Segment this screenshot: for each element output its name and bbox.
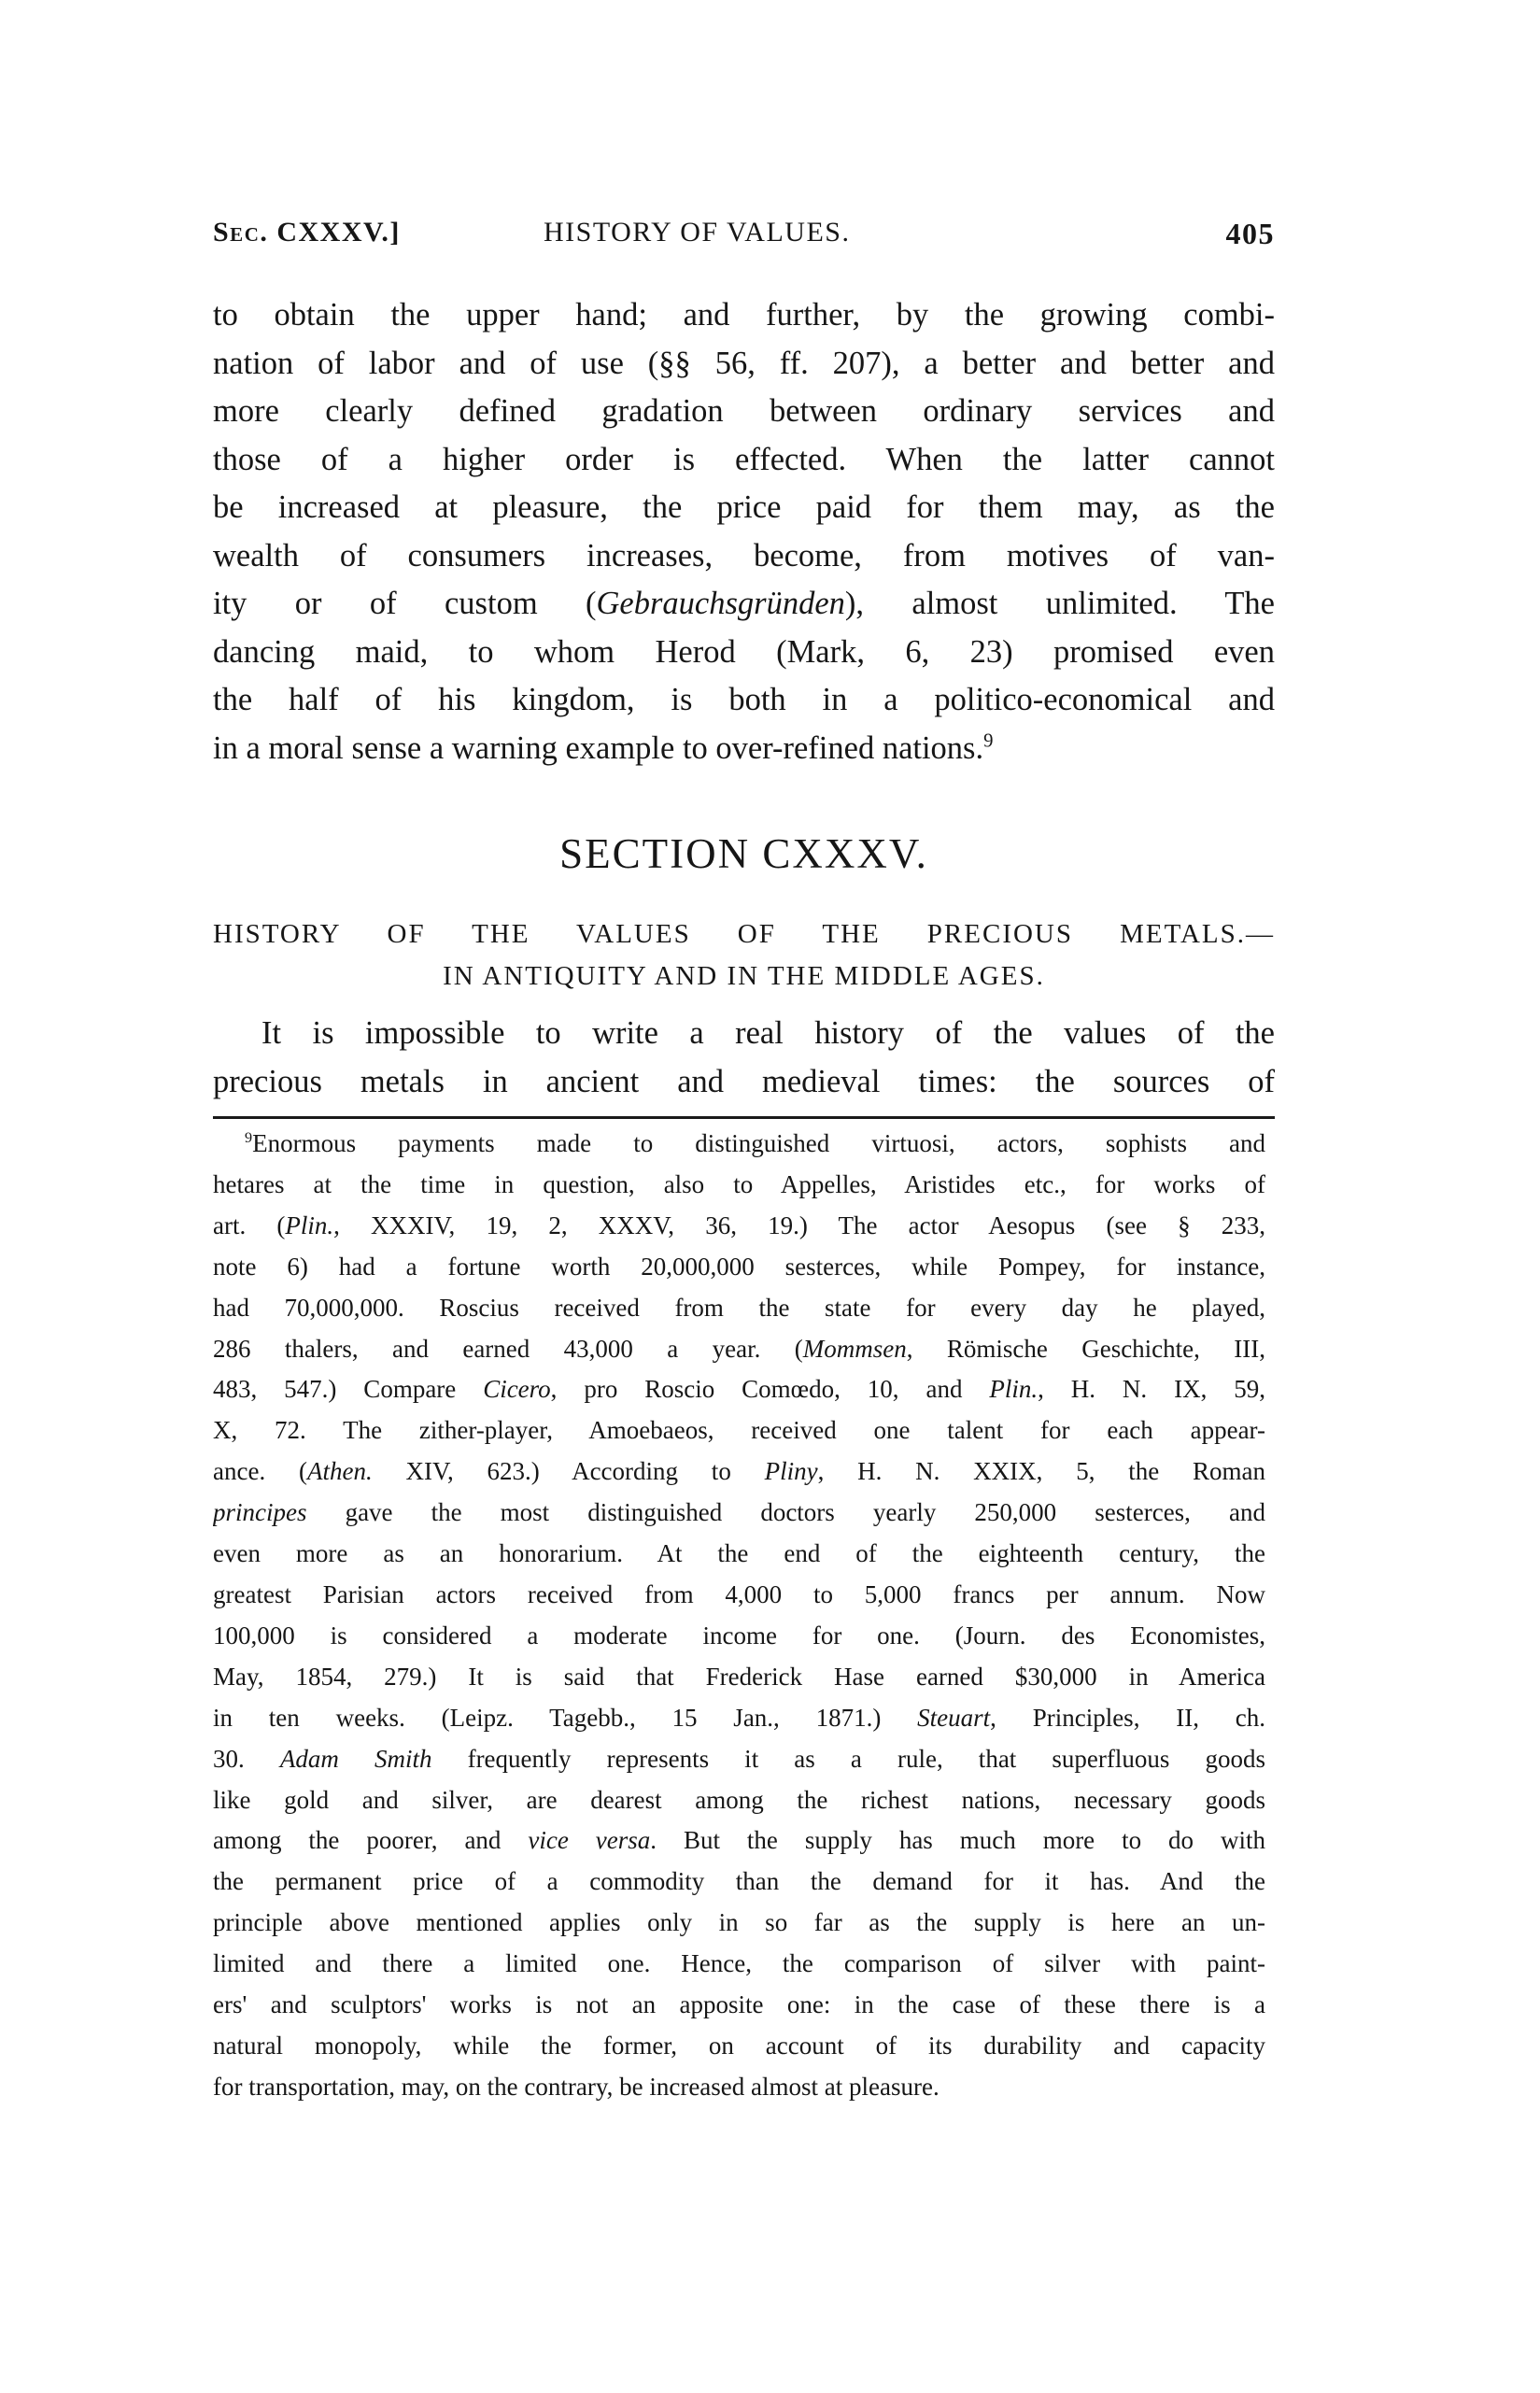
body-line: ity or of custom (Gebrauchsgründen), alm… — [213, 580, 1275, 629]
footnote-line-first: 9Enormous payments made to distinguished… — [213, 1124, 1265, 1165]
footnote-line: even more as an honorarium. At the end o… — [213, 1534, 1265, 1575]
body-line: be increased at pleasure, the price paid… — [213, 484, 1275, 532]
footnote-line: X, 72. The zither-player, Amoebaeos, rec… — [213, 1410, 1265, 1451]
running-head-title: HISTORY OF VALUES. — [544, 217, 850, 248]
footnote-line: note 6) had a fortune worth 20,000,000 s… — [213, 1247, 1265, 1288]
footnote-number: 9 — [245, 1129, 252, 1146]
body-line: the half of his kingdom, is both in a po… — [213, 676, 1275, 725]
page-number: 405 — [1226, 217, 1276, 251]
footnote-reference[interactable]: 9 — [983, 730, 993, 751]
footnote-line-last: for transportation, may, on the contrary… — [213, 2067, 1265, 2108]
footnote-line-text: Enormous payments made to distinguished … — [252, 1129, 1265, 1157]
footnote-line: 483, 547.) Compare Cicero, pro Roscio Co… — [213, 1369, 1265, 1410]
section-body-line: precious metals in ancient and medieval … — [213, 1057, 1275, 1106]
footnote-line: 286 thalers, and earned 43,000 a year. (… — [213, 1329, 1265, 1370]
body-line: wealth of consumers increases, become, f… — [213, 532, 1275, 581]
section-paragraph: It is impossible to write a real history… — [213, 1009, 1275, 1106]
footnote-line: principle above mentioned applies only i… — [213, 1903, 1265, 1944]
footnote-line: like gold and silver, are dearest among … — [213, 1780, 1265, 1821]
footnote-line: May, 1854, 279.) It is said that Frederi… — [213, 1657, 1265, 1698]
body-line: to obtain the upper hand; and further, b… — [213, 291, 1275, 340]
footnote-divider — [213, 1116, 1275, 1119]
running-head: Sec. CXXXV.] HISTORY OF VALUES. 405 — [213, 217, 1275, 254]
subheading-line-1: HISTORY OF THE VALUES OF THE PRECIOUS ME… — [213, 913, 1275, 956]
body-line-text: in a moral sense a warning example to ov… — [213, 730, 983, 766]
footnote-line: natural monopoly, while the former, on a… — [213, 2026, 1265, 2067]
footnote-line: greatest Parisian actors received from 4… — [213, 1575, 1265, 1616]
running-head-section: Sec. CXXXV.] — [213, 217, 401, 248]
body-line-last: in a moral sense a warning example to ov… — [213, 725, 1275, 773]
footnote-line: among the poorer, and vice versa. But th… — [213, 1820, 1265, 1862]
footnote-line: principes gave the most distinguished do… — [213, 1493, 1265, 1534]
section-body-line: It is impossible to write a real history… — [213, 1009, 1275, 1057]
footnote-line: ance. (Athen. XIV, 623.) According to Pl… — [213, 1451, 1265, 1493]
footnote-line: had 70,000,000. Roscius received from th… — [213, 1288, 1265, 1329]
footnote: 9Enormous payments made to distinguished… — [213, 1124, 1265, 2108]
footnote-line: 30. Adam Smith frequently represents it … — [213, 1739, 1265, 1780]
footnote-line: ers' and sculptors' works is not an appo… — [213, 1985, 1265, 2026]
footnote-line: art. (Plin., XXXIV, 19, 2, XXXV, 36, 19.… — [213, 1206, 1265, 1247]
footnote-line: limited and there a limited one. Hence, … — [213, 1944, 1265, 1985]
body-paragraph: to obtain the upper hand; and further, b… — [213, 291, 1275, 772]
footnote-line: 100,000 is considered a moderate income … — [213, 1616, 1265, 1657]
body-line: those of a higher order is effected. Whe… — [213, 436, 1275, 485]
subheading-line-2: IN ANTIQUITY AND IN THE MIDDLE AGES. — [213, 956, 1275, 998]
section-subheading: HISTORY OF THE VALUES OF THE PRECIOUS ME… — [213, 913, 1275, 998]
footnote-line: the permanent price of a commodity than … — [213, 1862, 1265, 1903]
footnote-line: in ten weeks. (Leipz. Tagebb., 15 Jan., … — [213, 1698, 1265, 1739]
section-title: SECTION CXXXV. — [213, 829, 1275, 878]
footnote-line: hetares at the time in question, also to… — [213, 1165, 1265, 1206]
body-line: more clearly defined gradation between o… — [213, 388, 1275, 436]
body-line: nation of labor and of use (§§ 56, ff. 2… — [213, 340, 1275, 389]
body-line: dancing maid, to whom Herod (Mark, 6, 23… — [213, 629, 1275, 677]
